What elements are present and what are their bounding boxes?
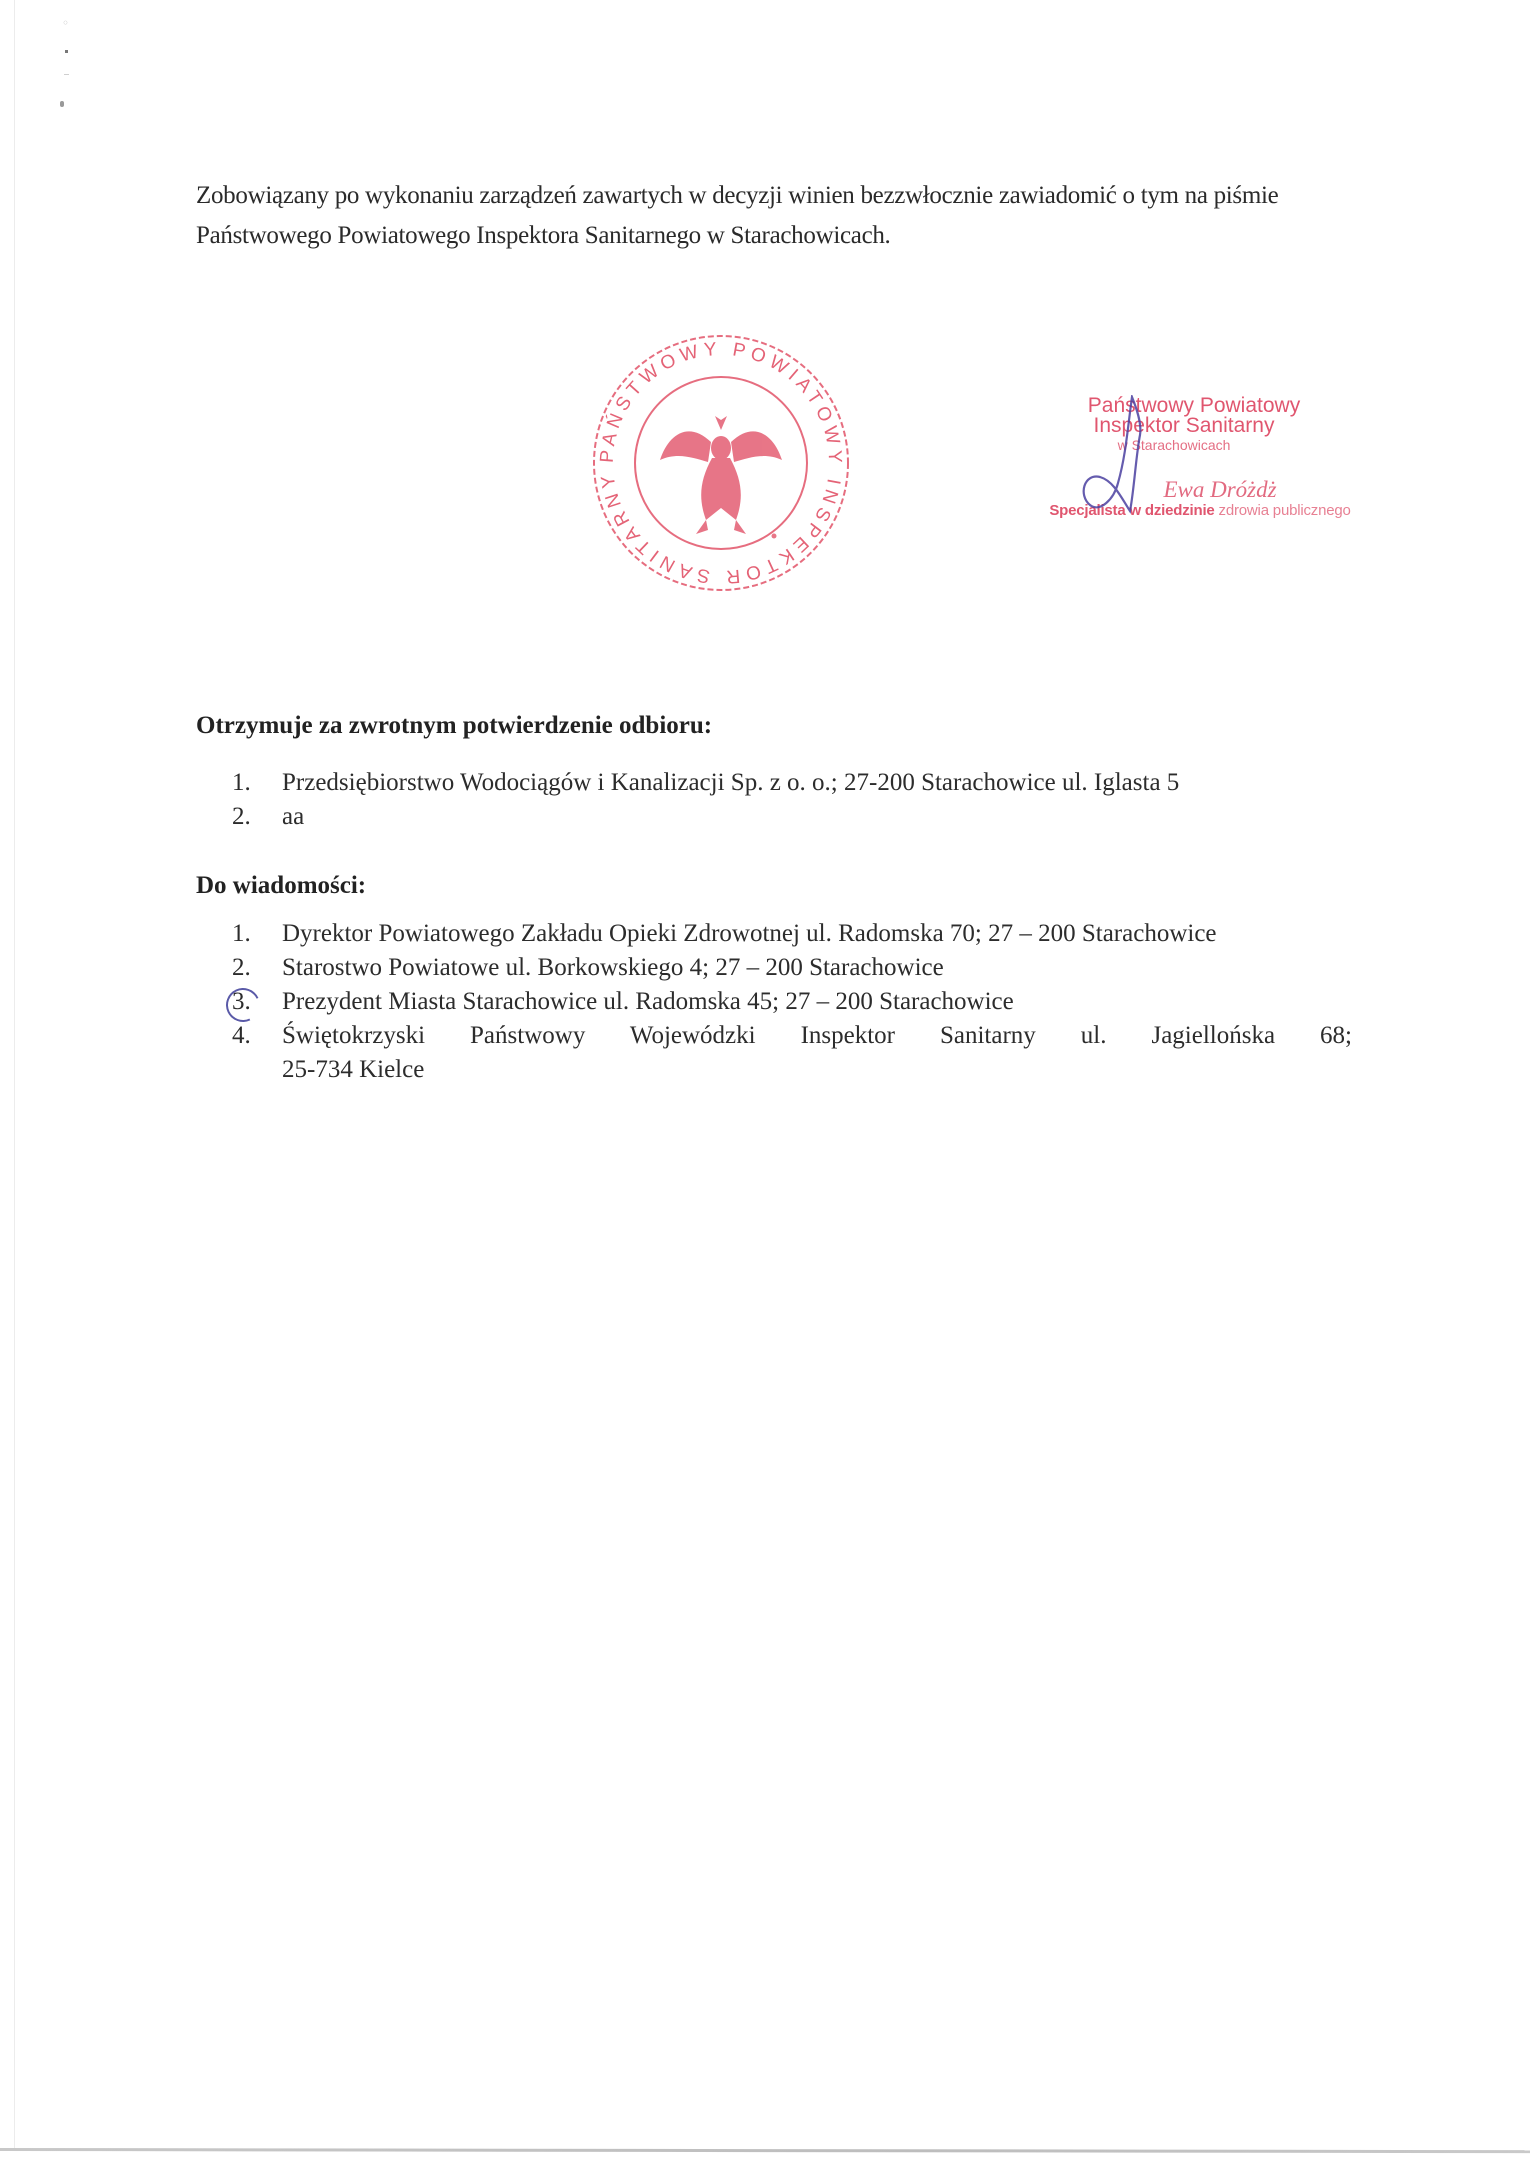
scan-edge-left — [14, 0, 15, 2150]
list-item: 4. Świętokrzyski Państwowy Wojewódzki In… — [196, 1019, 1356, 1087]
item-number: 4. — [232, 1019, 251, 1053]
list-item: 3. Prezydent Miasta Starachowice ul. Rad… — [196, 985, 1356, 1019]
item-text: aa — [282, 803, 304, 830]
item-text: Starostwo Powiatowe ul. Borkowskiego 4; … — [282, 954, 944, 981]
list-item: 1. Dyrektor Powiatowego Zakładu Opieki Z… — [196, 917, 1356, 951]
scan-artifact — [64, 74, 69, 75]
for-information-heading: Do wiadomości: — [196, 870, 366, 902]
handwritten-signature-icon — [1070, 395, 1180, 520]
recipients-list: 1. Przedsiębiorstwo Wodociągów i Kanaliz… — [196, 766, 1356, 834]
eagle-emblem-icon — [660, 416, 782, 539]
scan-artifact — [65, 50, 68, 53]
official-round-stamp: PAŃSTWOWY POWIATOWY INSPEKTOR SANITARNY … — [588, 330, 854, 596]
stamp-signatory-title: Specjalista w dziedzinie zdrowia publicz… — [1010, 502, 1390, 520]
item-text: Dyrektor Powiatowego Zakładu Opieki Zdro… — [282, 920, 1217, 947]
scan-artifact — [60, 101, 64, 107]
item-number: 1. — [232, 766, 251, 800]
list-item: 2. aa — [196, 800, 1356, 834]
item-number: 2. — [232, 951, 251, 985]
item-text-line2: 25-734 Kielce — [282, 1053, 1356, 1087]
item-text: Przedsiębiorstwo Wodociągów i Kanalizacj… — [282, 769, 1179, 796]
stamp-graphic: PAŃSTWOWY POWIATOWY INSPEKTOR SANITARNY … — [588, 330, 854, 596]
item-number: 3. — [232, 985, 251, 1019]
stamp-title-rest: zdrowia publicznego — [1219, 502, 1351, 519]
item-text-line1: Świętokrzyski Państwowy Wojewódzki Inspe… — [282, 1019, 1356, 1053]
recipients-heading: Otrzymuje za zwrotnym potwierdzenie odbi… — [196, 710, 712, 742]
list-item: 2. Starostwo Powiatowe ul. Borkowskiego … — [196, 951, 1356, 985]
for-information-list: 1. Dyrektor Powiatowego Zakładu Opieki Z… — [196, 917, 1356, 1087]
item-number: 2. — [232, 800, 251, 834]
obligation-paragraph: Zobowiązany po wykonaniu zarządzeń zawar… — [196, 176, 1376, 256]
list-item: 1. Przedsiębiorstwo Wodociągów i Kanaliz… — [196, 766, 1356, 800]
item-number: 1. — [232, 917, 251, 951]
scan-artifact: ◦ — [62, 16, 69, 30]
item-text: Prezydent Miasta Starachowice ul. Radoms… — [282, 988, 1014, 1015]
scan-edge-bottom — [0, 2148, 1530, 2153]
